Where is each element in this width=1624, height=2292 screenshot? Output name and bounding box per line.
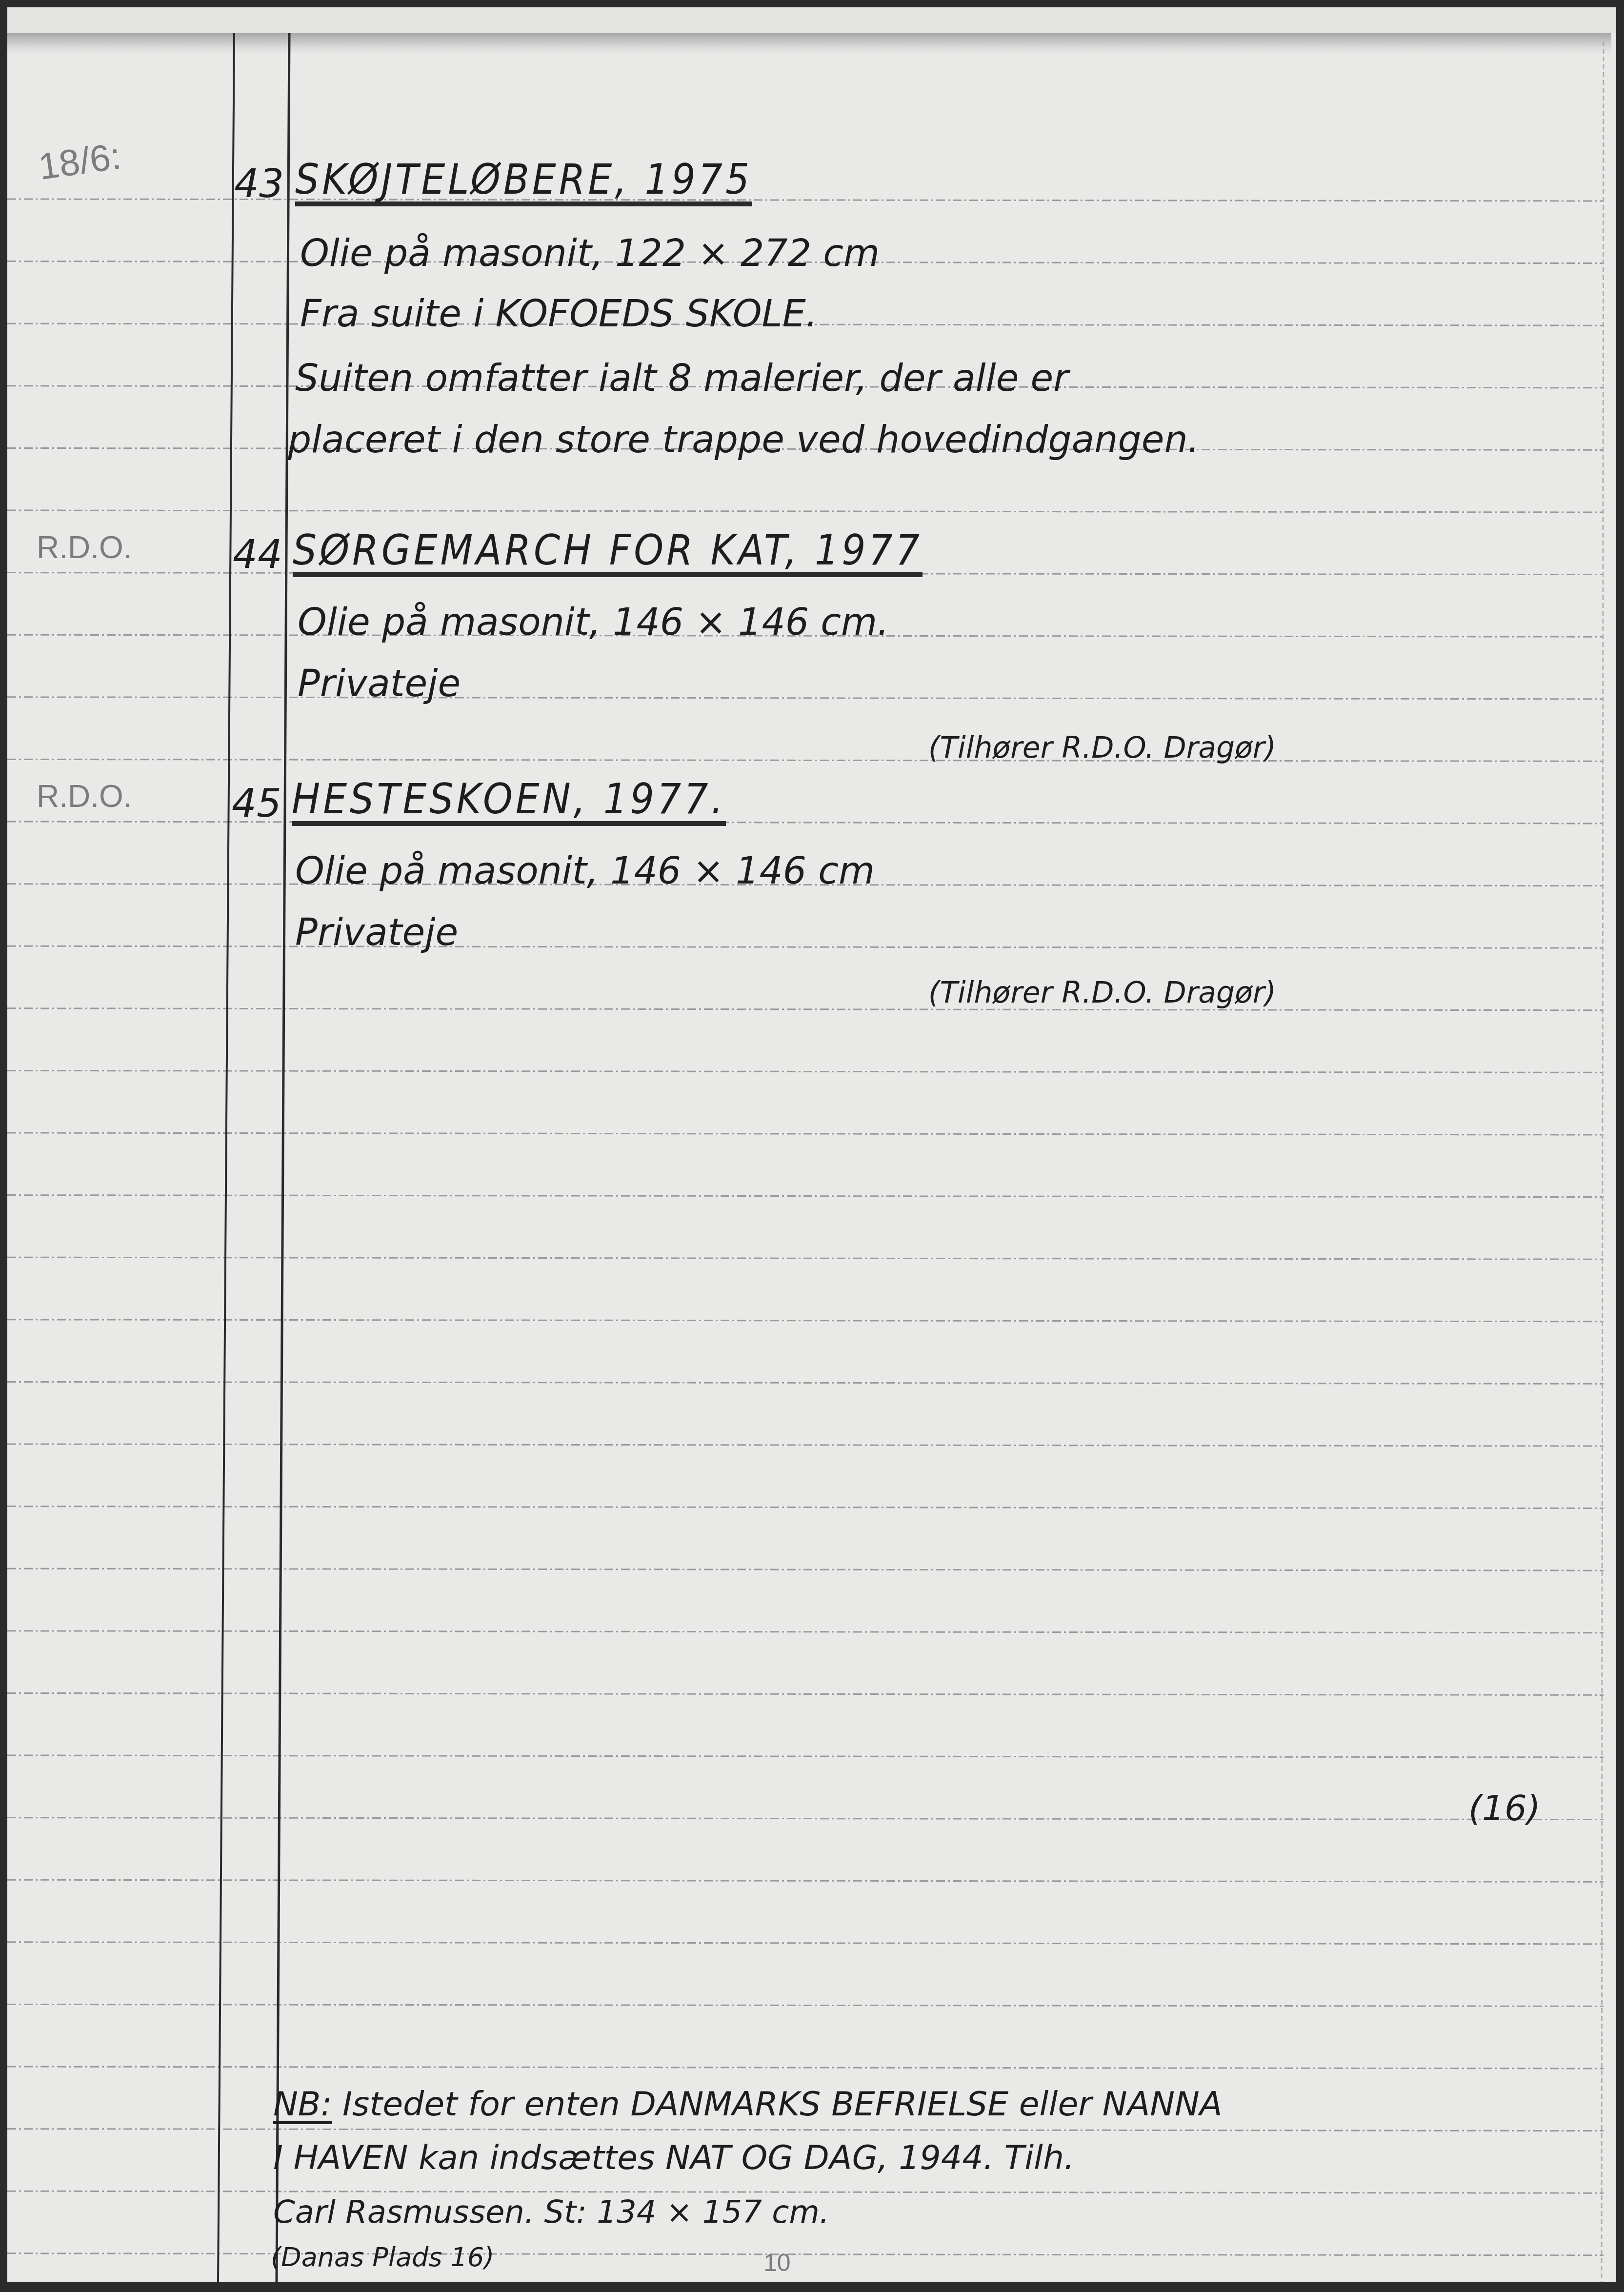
entry-title: HESTESKOEN, 1977. xyxy=(292,778,726,826)
entry-line: Fra suite i KOFOEDS SKOLE. xyxy=(300,295,818,332)
nb-note-line: I HAVEN kan indsættes NAT OG DAG, 1944. … xyxy=(273,2142,1075,2175)
entry-line: Privateje xyxy=(298,665,461,702)
page-number: (16) xyxy=(1468,1790,1541,1826)
margin-note: R.D.O. xyxy=(37,532,132,563)
nb-label: NB: xyxy=(273,2085,332,2124)
entry-line: placeret i den store trappe ved hovedind… xyxy=(288,421,1200,458)
ledger-page: 18/6: 43 SKØJTELØBERE, 1975 Olie på maso… xyxy=(7,7,1616,2282)
entry-number: 44 xyxy=(233,535,282,574)
nb-note-line: (Danas Plads 16) xyxy=(271,2244,494,2271)
entry-title: SØRGEMARCH FOR KAT, 1977 xyxy=(293,529,922,577)
entry-line: Suiten omfatter ialt 8 malerier, der all… xyxy=(295,360,1069,397)
entry-line: Olie på masonit, 146 × 146 cm xyxy=(295,852,875,889)
nb-text: Istedet for enten DANMARKS BEFRIELSE ell… xyxy=(342,2085,1222,2124)
ownership-note: (Tilhører R.D.O. Dragør) xyxy=(928,733,1276,763)
ruled-lines xyxy=(7,7,1616,2282)
nb-note-line: Carl Rasmussen. St: 134 × 157 cm. xyxy=(273,2197,829,2228)
entry-line: Olie på masonit, 146 × 146 cm. xyxy=(298,603,889,641)
nb-note-line: NB: Istedet for enten DANMARKS BEFRIELSE… xyxy=(273,2088,1222,2121)
footer-mark: 10 xyxy=(763,2251,791,2275)
entry-line: Olie på masonit, 122 × 272 cm xyxy=(300,235,880,272)
entry-number: 43 xyxy=(234,164,284,203)
margin-note: R.D.O. xyxy=(37,781,132,812)
entry-title: SKØJTELØBERE, 1975 xyxy=(295,159,752,206)
ownership-note: (Tilhører R.D.O. Dragør) xyxy=(928,978,1276,1007)
entry-number: 45 xyxy=(232,784,281,823)
entry-line: Privateje xyxy=(295,914,458,951)
